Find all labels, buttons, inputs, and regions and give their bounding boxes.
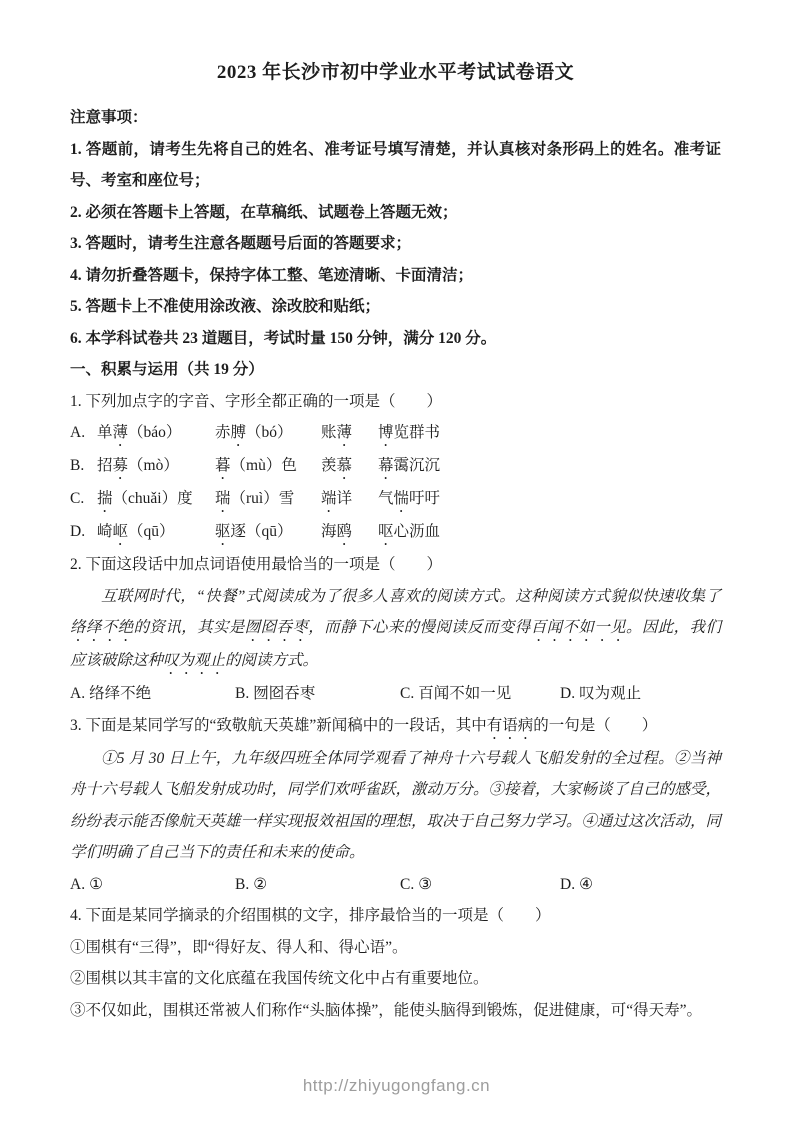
q1-word: 博览群书 xyxy=(378,417,721,450)
option-label: D. xyxy=(560,876,575,893)
page-title: 2023 年长沙市初中学业水平考试试卷语文 xyxy=(70,58,721,88)
q3-passage: ①5 月 30 日上午，九年级四班全体同学观看了神舟十六号载人飞船发射的全过程。… xyxy=(70,743,721,869)
q1-word: 端详 xyxy=(321,483,378,516)
q3-stem: 3. 下面是某同学写的“致敬航天英雄”新闻稿中的一段话，其中有语病的一句是（ ） xyxy=(70,710,721,743)
option-label: B. xyxy=(70,450,97,483)
section-heading: 一、积累与运用（共 19 分） xyxy=(70,354,721,386)
q3-options: A.① B.② C.③ D.④ xyxy=(70,869,721,901)
q2-stem: 2. 下面这段话中加点词语使用最恰当的一项是（ ） xyxy=(70,549,721,581)
notice-heading: 注意事项： xyxy=(70,102,721,134)
question-2: 2. 下面这段话中加点词语使用最恰当的一项是（ ） 互联网时代，“快餐”式阅读成… xyxy=(70,549,721,710)
option-label: C. xyxy=(400,876,414,893)
q1-word: 崎岖（qū） xyxy=(97,516,215,549)
q1-word: 驱逐（qū） xyxy=(215,516,321,549)
option-text: 百闻不如一见 xyxy=(418,685,511,702)
q1-word: 赤膊（bó） xyxy=(215,417,321,450)
q4-item-3: ③不仅如此，围棋还常被人们称作“头脑体操”，能使头脑得到锻炼，促进健康，可“得天… xyxy=(70,995,721,1027)
q1-option-row-b: B. 招募（mò） 暮（mù）色 羡慕 幕霭沉沉 xyxy=(70,450,721,483)
notice-item-6: 6. 本学科试卷共 23 道题目，考试时量 150 分钟，满分 120 分。 xyxy=(70,323,721,355)
q3-option-c: C.③ xyxy=(400,869,560,901)
q1-word: 气惴吁吁 xyxy=(378,483,721,516)
q4-item-1: ①围棋有“三得”，即“得好友、得人和、得心语”。 xyxy=(70,932,721,964)
q3-option-b: B.② xyxy=(235,869,400,901)
option-text: 叹为观止 xyxy=(579,685,641,702)
q2-passage: 互联网时代，“快餐”式阅读成为了很多人喜欢的阅读方式。这种阅读方式貌似快速收集了… xyxy=(70,581,721,679)
option-text: 络绎不绝 xyxy=(89,685,151,702)
q2-options: A.络绎不绝 B.囫囵吞枣 C.百闻不如一见 D.叹为观止 xyxy=(70,678,721,710)
q2-option-d: D.叹为观止 xyxy=(560,678,721,710)
q3-option-d: D.④ xyxy=(560,869,721,901)
notice-item-3: 3. 答题时，请考生注意各题题号后面的答题要求； xyxy=(70,228,721,260)
option-label: D. xyxy=(560,685,575,702)
q3-option-a: A.① xyxy=(70,869,235,901)
q1-word: 揣（chuǎi）度 xyxy=(97,483,215,516)
q1-word: 暮（mù）色 xyxy=(215,450,321,483)
option-text: ④ xyxy=(579,876,593,893)
q1-word: 账薄 xyxy=(321,417,378,450)
q2-option-a: A.络绎不绝 xyxy=(70,678,235,710)
q1-word: 海鸥 xyxy=(321,516,378,549)
q4-stem: 4. 下面是某同学摘录的介绍围棋的文字，排序最恰当的一项是（ ） xyxy=(70,900,721,932)
option-label: A. xyxy=(70,685,85,702)
option-label: B. xyxy=(235,876,249,893)
q1-word: 瑞（ruì）雪 xyxy=(215,483,321,516)
q1-word: 招募（mò） xyxy=(97,450,215,483)
exam-page: 2023 年长沙市初中学业水平考试试卷语文 注意事项： 1. 答题前，请考生先将… xyxy=(0,0,793,1122)
watermark-url: http://zhiyugongfang.cn xyxy=(0,1076,793,1096)
q1-word: 幕霭沉沉 xyxy=(378,450,721,483)
option-text: ② xyxy=(253,876,267,893)
q2-option-c: C.百闻不如一见 xyxy=(400,678,560,710)
question-4: 4. 下面是某同学摘录的介绍围棋的文字，排序最恰当的一项是（ ） ①围棋有“三得… xyxy=(70,900,721,1026)
option-label: A. xyxy=(70,417,97,450)
notice-item-2: 2. 必须在答题卡上答题，在草稿纸、试题卷上答题无效； xyxy=(70,197,721,229)
q1-stem: 1. 下列加点字的字音、字形全都正确的一项是（ ） xyxy=(70,386,721,418)
q1-option-row-c: C. 揣（chuǎi）度 瑞（ruì）雪 端详 气惴吁吁 xyxy=(70,483,721,516)
q1-word: 单薄（báo） xyxy=(97,417,215,450)
option-text: ③ xyxy=(418,876,432,893)
notice-section: 注意事项： 1. 答题前，请考生先将自己的姓名、准考证号填写清楚，并认真核对条形… xyxy=(70,102,721,354)
option-label: B. xyxy=(235,685,249,702)
q1-word: 羡慕 xyxy=(321,450,378,483)
option-text: 囫囵吞枣 xyxy=(253,685,315,702)
option-text: ① xyxy=(89,876,103,893)
question-3: 3. 下面是某同学写的“致敬航天英雄”新闻稿中的一段话，其中有语病的一句是（ ）… xyxy=(70,710,721,901)
q2-option-b: B.囫囵吞枣 xyxy=(235,678,400,710)
option-label: C. xyxy=(70,483,97,516)
notice-item-1: 1. 答题前，请考生先将自己的姓名、准考证号填写清楚，并认真核对条形码上的姓名。… xyxy=(70,134,721,197)
notice-item-4: 4. 请勿折叠答题卡，保持字体工整、笔迹清晰、卡面清洁； xyxy=(70,260,721,292)
q1-option-row-d: D. 崎岖（qū） 驱逐（qū） 海鸥 呕心沥血 xyxy=(70,516,721,549)
q1-option-row-a: A. 单薄（báo） 赤膊（bó） 账薄 博览群书 xyxy=(70,417,721,450)
notice-item-5: 5. 答题卡上不准使用涂改液、涂改胶和贴纸； xyxy=(70,291,721,323)
option-label: C. xyxy=(400,685,414,702)
option-label: D. xyxy=(70,516,97,549)
q4-item-2: ②围棋以其丰富的文化底蕴在我国传统文化中占有重要地位。 xyxy=(70,963,721,995)
question-1: 1. 下列加点字的字音、字形全都正确的一项是（ ） A. 单薄（báo） 赤膊（… xyxy=(70,386,721,550)
option-label: A. xyxy=(70,876,85,893)
q1-word: 呕心沥血 xyxy=(378,516,721,549)
